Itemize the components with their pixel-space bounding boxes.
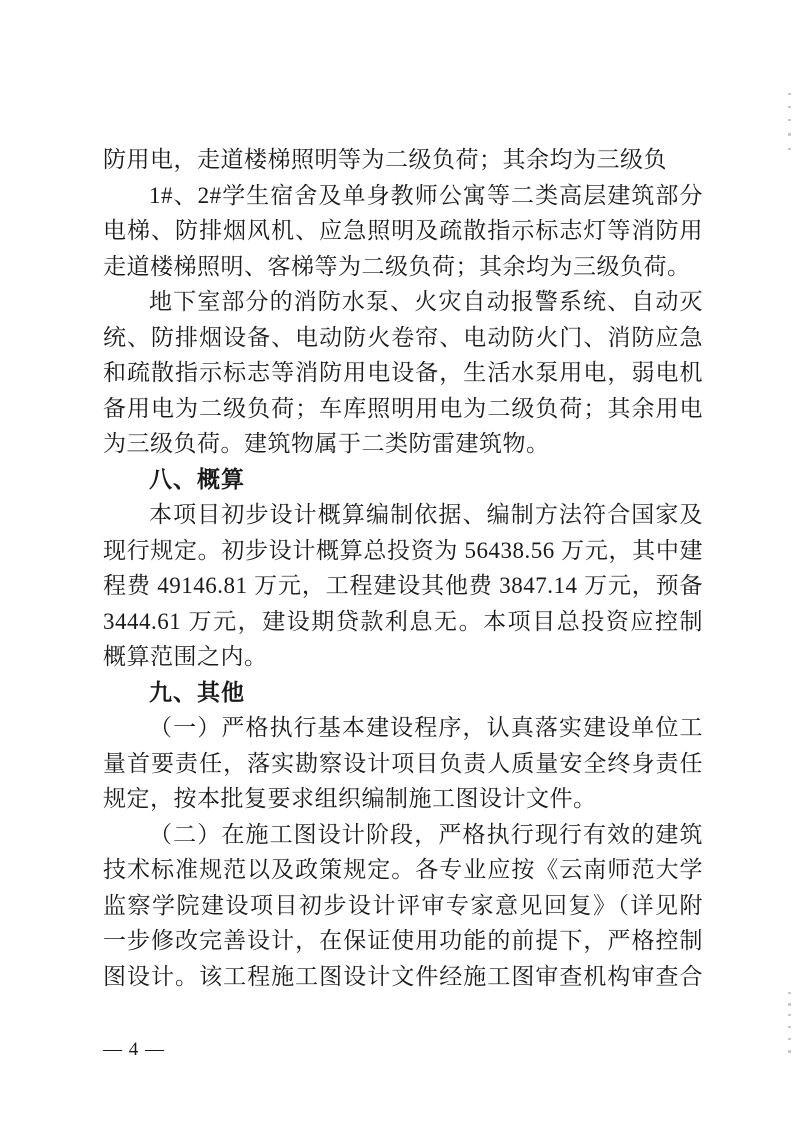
document-line: 量首要责任，落实勘察设计项目负责人质量安全终身责任制的 <box>103 746 703 782</box>
document-line: 和疏散指示标志等消防用电设备，生活水泵用电，弱电机房设 <box>103 355 703 391</box>
document-line: （一）严格执行基本建设程序，认真落实建设单位工程质 <box>103 710 703 746</box>
document-line: 备用电为二级负荷；车库照明用电为二级负荷；其余用电设备 <box>103 391 703 427</box>
document-line: 本项目初步设计概算编制依据、编制方法符合国家及我省 <box>103 497 703 533</box>
section-heading-other: 九、其他 <box>103 675 703 711</box>
document-line: 走道楼梯照明、客梯等为二级负荷；其余均为三级负荷。 <box>103 249 703 285</box>
document-body: 防用电，走道楼梯照明等为二级负荷；其余均为三级负荷。 1#、2#学生宿舍及单身教… <box>103 142 703 994</box>
scan-edge-artifacts <box>788 0 792 1122</box>
document-line: 统、防排烟设备、电动防火卷帘、电动防火门、消防应急照明 <box>103 320 703 356</box>
document-line: 电梯、防排烟风机、应急照明及疏散指示标志灯等消防用电， <box>103 213 703 249</box>
document-line: 程费 49146.81 万元，工程建设其他费 3847.14 万元，预备费 <box>103 568 703 604</box>
document-line: 现行规定。初步设计概算总投资为 56438.56 万元，其中建安工 <box>103 533 703 569</box>
document-page: 防用电，走道楼梯照明等为二级负荷；其余均为三级负荷。 1#、2#学生宿舍及单身教… <box>0 0 793 1122</box>
document-line: 3444.61 万元，建设期贷款利息无。本项目总投资应控制在批复 <box>103 604 703 640</box>
document-line: （二）在施工图设计阶段，严格执行现行有效的建筑设计 <box>103 817 703 853</box>
document-line: 地下室部分的消防水泵、火灾自动报警系统、自动灭火系 <box>103 284 703 320</box>
document-line: 图设计。该工程施工图设计文件经施工图审查机构审查合格后 <box>103 959 703 995</box>
document-line: 概算范围之内。 <box>103 639 703 675</box>
document-line: 1#、2#学生宿舍及单身教师公寓等二类高层建筑部分消防 <box>103 178 703 214</box>
document-line: 防用电，走道楼梯照明等为二级负荷；其余均为三级负荷。 <box>103 142 703 178</box>
document-line: 为三级负荷。建筑物属于二类防雷建筑物。 <box>103 426 703 462</box>
document-line: 规定，按本批复要求组织编制施工图设计文件。 <box>103 781 703 817</box>
document-line: 技术标准规范以及政策规定。各专业应按《云南师范大学纪检 <box>103 852 703 888</box>
page-number: — 4 — <box>103 1038 165 1062</box>
section-heading-budget: 八、概算 <box>103 462 703 498</box>
document-line: 监察学院建设项目初步设计评审专家意见回复》（详见附件）进 <box>103 888 703 924</box>
document-line: 一步修改完善设计，在保证使用功能的前提下，严格控制施工 <box>103 923 703 959</box>
